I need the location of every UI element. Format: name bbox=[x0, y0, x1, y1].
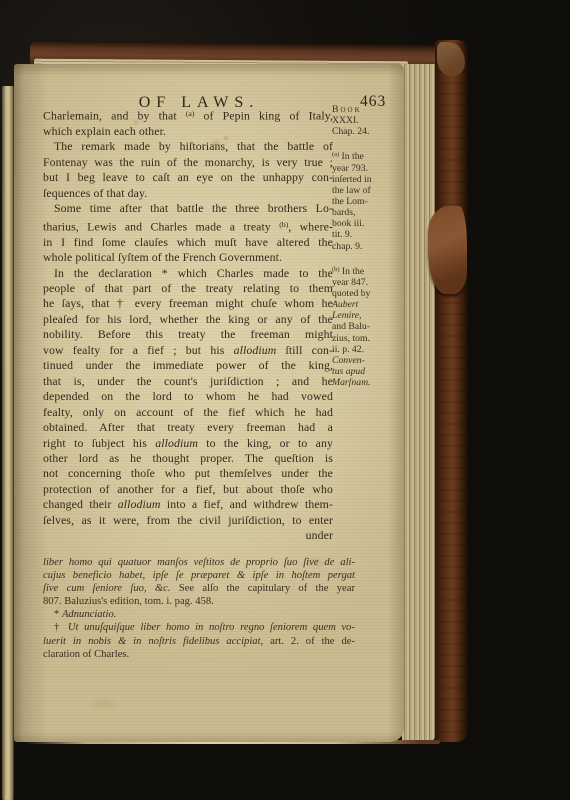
body-text: Charlemain, and by that (a) of Pepin kin… bbox=[43, 106, 333, 544]
text: changed their bbox=[43, 497, 118, 511]
margin-note-line: year 847. bbox=[332, 277, 408, 288]
body-line: The remark made by hiſtorians, that the … bbox=[43, 139, 333, 154]
margin-note-line: book iii. bbox=[332, 218, 408, 229]
italic-text: allodium bbox=[234, 343, 277, 357]
text: ſelves, as it were, from the civil juriſ… bbox=[43, 513, 333, 527]
body-line: Some time after that battle the three br… bbox=[43, 201, 333, 216]
italic-text: Lemire, bbox=[332, 310, 362, 321]
text: but I beg leave to caſt an eye on the un… bbox=[43, 170, 333, 184]
footnote-line: claration of Charles. bbox=[43, 648, 355, 661]
text: protection of another for a fief, but ab… bbox=[43, 482, 333, 496]
text: nobility. Before this treaty the freeman… bbox=[43, 327, 333, 341]
text: people of that part of the treaty relati… bbox=[43, 281, 333, 295]
margin-note-line: tit. 9. bbox=[332, 229, 408, 240]
text: that is, under the count's juriſdiction … bbox=[43, 374, 333, 388]
margin-note-line: and Balu- bbox=[332, 321, 408, 332]
text: inſerted in bbox=[332, 174, 372, 185]
body-line: depended on the lord to whom he had vowe… bbox=[43, 389, 333, 404]
body-line: but I beg leave to caſt an eye on the un… bbox=[43, 170, 333, 185]
text: In the declaration * which Charles made … bbox=[54, 266, 333, 280]
margin-note: BookXXXI.Chap. 24. bbox=[332, 104, 408, 137]
body-line: tinued under the immediate power of the … bbox=[43, 358, 333, 373]
body-line: he ſays, that † every freeman might chuſ… bbox=[43, 296, 333, 311]
text: ii. p. 42. bbox=[332, 344, 364, 355]
text: not concerning thoſe who put themſelves … bbox=[43, 466, 333, 480]
leather-spine bbox=[435, 40, 468, 742]
text: Charlemain, and by that bbox=[43, 109, 186, 123]
italic-text: allodium bbox=[118, 497, 161, 511]
text: ſequences of that day. bbox=[43, 186, 147, 200]
body-line: In the declaration * which Charles made … bbox=[43, 266, 333, 281]
body-line: tharius, Lewis and Charles made a treaty… bbox=[43, 217, 333, 235]
body-line: pleaſed for his lord, whether the king o… bbox=[43, 312, 333, 327]
text: art. 2. of the de- bbox=[263, 636, 355, 647]
text: depended on the lord to whom he had vowe… bbox=[43, 389, 333, 403]
body-line: ſequences of that day. bbox=[43, 186, 333, 201]
text: vow fealty for a fief ; but his bbox=[43, 343, 234, 357]
text: year 847. bbox=[332, 277, 368, 288]
body-line: protection of another for a fief, but ab… bbox=[43, 482, 333, 497]
italic-text: ſive cum ſeniore ſuo, &c. bbox=[43, 583, 179, 594]
footnote-line: liber homo qui quatuor manſos veſtitos d… bbox=[43, 556, 355, 569]
text: pleaſed for his lord, whether the king o… bbox=[43, 312, 333, 326]
text: chap. 9. bbox=[332, 241, 362, 252]
text: right to ſubject his bbox=[43, 436, 155, 450]
text: tinued under the immediate power of the … bbox=[43, 358, 333, 372]
text: claration of Charles. bbox=[43, 649, 129, 660]
text: and Balu- bbox=[332, 321, 370, 332]
text: 807. Baluzius's edition, tom. i. pag. 45… bbox=[43, 596, 214, 607]
text: Some time after that battle the three br… bbox=[54, 201, 333, 215]
text: bards, bbox=[332, 207, 355, 218]
footnotes: liber homo qui quatuor manſos veſtitos d… bbox=[43, 556, 355, 661]
text: Book bbox=[332, 104, 362, 115]
footnote-line: * Adnunciatio. bbox=[43, 608, 355, 621]
text: (b) bbox=[279, 220, 288, 229]
text: into a fief, and withdrew them- bbox=[161, 497, 334, 511]
italic-text: tus apud bbox=[332, 366, 365, 377]
margin-note-line: Chap. 24. bbox=[332, 126, 408, 137]
margin-note-line: ii. p. 42. bbox=[332, 344, 408, 355]
body-line: under bbox=[43, 528, 333, 543]
italic-text: liber homo qui quatuor manſos veſtitos d… bbox=[43, 557, 355, 568]
text: In the bbox=[339, 151, 364, 162]
footnote-line: † Ut unuſquiſque liber homo in noſtro re… bbox=[43, 621, 355, 634]
footnote-line: ſive cum ſeniore ſuo, &c. See alſo the c… bbox=[43, 582, 355, 595]
italic-text: allodium bbox=[155, 436, 198, 450]
body-line: right to ſubject his allodium to the kin… bbox=[43, 436, 333, 451]
facing-cover-edge bbox=[2, 86, 14, 800]
text: other lord as he thought proper. The que… bbox=[43, 451, 333, 465]
margin-note-line: tus apud bbox=[332, 366, 408, 377]
text: * bbox=[54, 609, 62, 620]
margin-note-line: year 793. bbox=[332, 163, 408, 174]
text: Chap. 24. bbox=[332, 126, 369, 137]
text: The remark made by hiſtorians, that the … bbox=[54, 139, 333, 153]
text: tharius, Lewis and Charles made a treaty bbox=[43, 219, 279, 233]
text: ſtill con- bbox=[276, 343, 333, 357]
text: the law of bbox=[332, 185, 371, 196]
body-line: whole political ſyſtem of the French Gov… bbox=[43, 250, 333, 265]
margin-note: (a) In theyear 793.inſerted inthe law of… bbox=[332, 149, 408, 251]
margin-note-line: Lemire, bbox=[332, 310, 408, 321]
body-line: people of that part of the treaty relati… bbox=[43, 281, 333, 296]
margin-note-line: Conven- bbox=[332, 355, 408, 366]
body-line: Charlemain, and by that (a) of Pepin kin… bbox=[43, 106, 333, 124]
text: which explain each other. bbox=[43, 124, 166, 138]
text: in I find ſome clauſes which muſt have a… bbox=[43, 235, 333, 249]
italic-text: Ut unuſquiſque liber homo in noſtro regn… bbox=[68, 622, 355, 633]
margin-note-line: bards, bbox=[332, 207, 408, 218]
text: † bbox=[54, 622, 68, 633]
text: to the king, or to any bbox=[198, 436, 333, 450]
italic-text: Adnunciatio. bbox=[62, 609, 116, 620]
body-line: Fontenay was the ruin of the monarchy, i… bbox=[43, 155, 333, 170]
text: obtained. After that treaty every freema… bbox=[43, 420, 333, 434]
body-line: fealty, only on account of the fief whic… bbox=[43, 405, 333, 420]
italic-text: luerit in nobis & in noſtris fidelibus a… bbox=[43, 636, 263, 647]
margin-note-line: Book bbox=[332, 104, 408, 115]
text: the Lom- bbox=[332, 196, 368, 207]
margin-note-line: XXXI. bbox=[332, 115, 408, 126]
body-line: not concerning thoſe who put themſelves … bbox=[43, 466, 333, 481]
italic-text: Marſnam. bbox=[332, 377, 370, 388]
footnote-line: cujus beneficio habet, ipſe ſe præparet … bbox=[43, 569, 355, 582]
book-photograph: OF LAWS. 463 Charlemain, and by that (a)… bbox=[0, 0, 570, 800]
margin-note-line: inſerted in bbox=[332, 174, 408, 185]
text: he ſays, that † every freeman might chuſ… bbox=[43, 296, 333, 310]
text: book iii. bbox=[332, 218, 364, 229]
margin-note-line: the law of bbox=[332, 185, 408, 196]
text: of Pepin king of Italy, bbox=[194, 109, 333, 123]
footnote-line: luerit in nobis & in noſtris fidelibus a… bbox=[43, 635, 355, 648]
margin-note-line: zius, tom. bbox=[332, 333, 408, 344]
margin-note-line: quoted by bbox=[332, 288, 408, 299]
margin-note-line: (a) In the bbox=[332, 149, 408, 162]
body-line: changed their allodium into a fief, and … bbox=[43, 497, 333, 512]
text: year 793. bbox=[332, 163, 368, 174]
margin-note: (b) In theyear 847.quoted byAubertLemire… bbox=[332, 264, 408, 389]
text: tit. 9. bbox=[332, 229, 352, 240]
text: See alſo the capitulary of the year bbox=[179, 583, 355, 594]
text: under bbox=[306, 528, 333, 542]
body-line: other lord as he thought proper. The que… bbox=[43, 451, 333, 466]
margin-notes: BookXXXI.Chap. 24.(a) In theyear 793.inſ… bbox=[332, 104, 408, 400]
margin-note-line: Marſnam. bbox=[332, 377, 408, 388]
text: whole political ſyſtem of the French Gov… bbox=[43, 250, 282, 264]
text: zius, tom. bbox=[332, 333, 370, 344]
body-line: that is, under the count's juriſdiction … bbox=[43, 374, 333, 389]
margin-note-line: Aubert bbox=[332, 299, 408, 310]
book-page: OF LAWS. 463 Charlemain, and by that (a)… bbox=[14, 64, 404, 742]
text: Fontenay was the ruin of the monarchy, i… bbox=[43, 155, 333, 169]
body-line: which explain each other. bbox=[43, 124, 333, 139]
margin-note-line: the Lom- bbox=[332, 196, 408, 207]
body-line: obtained. After that treaty every freema… bbox=[43, 420, 333, 435]
italic-text: Conven- bbox=[332, 355, 365, 366]
body-line: nobility. Before this treaty the freeman… bbox=[43, 327, 333, 342]
italic-text: cujus beneficio habet, ipſe ſe præparet … bbox=[43, 570, 355, 581]
text: quoted by bbox=[332, 288, 370, 299]
italic-text: Aubert bbox=[332, 299, 358, 310]
text: In the bbox=[339, 266, 364, 277]
margin-note-line: (b) In the bbox=[332, 264, 408, 277]
body-line: vow fealty for a fief ; but his allodium… bbox=[43, 343, 333, 358]
body-line: ſelves, as it were, from the civil juriſ… bbox=[43, 513, 333, 528]
margin-note-line: chap. 9. bbox=[332, 241, 408, 252]
text: , where- bbox=[288, 219, 333, 233]
leather-damage-patch bbox=[428, 206, 467, 294]
text: XXXI. bbox=[332, 115, 359, 126]
footnote-line: 807. Baluzius's edition, tom. i. pag. 45… bbox=[43, 595, 355, 608]
text: fealty, only on account of the fief whic… bbox=[43, 405, 333, 419]
body-line: in I find ſome clauſes which muſt have a… bbox=[43, 235, 333, 250]
